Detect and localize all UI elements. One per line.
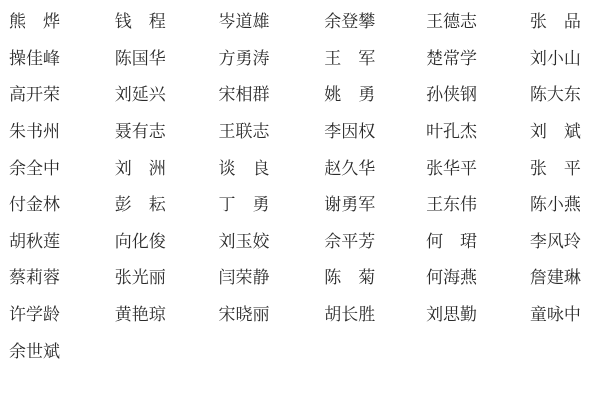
name-row: 朱书州 聂有志 王联志 李因权 叶孔杰 刘 斌	[9, 114, 598, 151]
name-cell: 陈 菊	[324, 268, 426, 288]
name-cell: 胡秋莲	[9, 232, 115, 252]
name-cell: 丁 勇	[219, 195, 325, 215]
name-row: 操佳峰 陈国华 方勇涛 王 军 楚常学 刘小山	[9, 41, 598, 78]
name-cell: 王 军	[324, 49, 426, 69]
name-cell: 聂有志	[115, 122, 219, 142]
name-cell: 余登攀	[324, 12, 426, 32]
name-cell: 谈 良	[219, 159, 325, 179]
name-cell: 陈小燕	[530, 195, 598, 215]
name-cell: 王联志	[219, 122, 325, 142]
name-cell: 张华平	[426, 159, 530, 179]
name-cell: 高开荣	[9, 85, 115, 105]
name-cell: 钱 程	[115, 12, 219, 32]
name-cell: 朱书州	[9, 122, 115, 142]
name-cell: 张光丽	[115, 268, 219, 288]
name-cell: 李风玲	[530, 232, 598, 252]
name-cell: 蔡莉蓉	[9, 268, 115, 288]
name-cell: 王东伟	[426, 195, 530, 215]
name-cell: 刘思勤	[426, 305, 530, 325]
name-row: 余全中 刘 洲 谈 良 赵久华 张华平 张 平	[9, 150, 598, 187]
name-cell: 刘 斌	[530, 122, 598, 142]
name-list-grid: 熊 烨 钱 程 岑道雄 余登攀 王德志 张 品 操佳峰 陈国华 方勇涛 王 军 …	[9, 4, 598, 370]
name-cell: 楚常学	[426, 49, 530, 69]
name-row: 余世斌	[9, 333, 598, 370]
name-cell: 彭 耘	[115, 195, 219, 215]
name-cell: 詹建琳	[530, 268, 598, 288]
name-row: 许学龄 黄艳琼 宋晓丽 胡长胜 刘思勤 童咏中	[9, 297, 598, 334]
name-row: 付金林 彭 耘 丁 勇 谢勇军 王东伟 陈小燕	[9, 187, 598, 224]
name-cell: 童咏中	[530, 305, 598, 325]
name-cell: 许学龄	[9, 305, 115, 325]
name-cell: 谢勇军	[324, 195, 426, 215]
name-cell: 宋相群	[219, 85, 325, 105]
name-row: 蔡莉蓉 张光丽 闫荣静 陈 菊 何海燕 詹建琳	[9, 260, 598, 297]
name-cell: 刘 洲	[115, 159, 219, 179]
name-cell: 向化俊	[115, 232, 219, 252]
name-cell: 佘平芳	[324, 232, 426, 252]
name-cell: 陈国华	[115, 49, 219, 69]
name-cell: 孙侠钢	[426, 85, 530, 105]
name-cell: 付金林	[9, 195, 115, 215]
name-cell: 余全中	[9, 159, 115, 179]
name-cell: 张 平	[530, 159, 598, 179]
name-cell: 叶孔杰	[426, 122, 530, 142]
name-cell: 黄艳琼	[115, 305, 219, 325]
name-cell: 方勇涛	[219, 49, 325, 69]
name-cell: 王德志	[426, 12, 530, 32]
name-cell: 刘延兴	[115, 85, 219, 105]
name-cell: 操佳峰	[9, 49, 115, 69]
name-cell: 岑道雄	[219, 12, 325, 32]
name-cell: 熊 烨	[9, 12, 115, 32]
name-cell: 李因权	[324, 122, 426, 142]
name-cell: 刘玉姣	[219, 232, 325, 252]
name-cell: 赵久华	[324, 159, 426, 179]
name-cell: 刘小山	[530, 49, 598, 69]
name-row: 熊 烨 钱 程 岑道雄 余登攀 王德志 张 品	[9, 4, 598, 41]
name-row: 胡秋莲 向化俊 刘玉姣 佘平芳 何 珺 李风玲	[9, 224, 598, 261]
name-cell: 闫荣静	[219, 268, 325, 288]
name-cell: 何 珺	[426, 232, 530, 252]
name-cell: 张 品	[530, 12, 598, 32]
name-cell: 姚 勇	[324, 85, 426, 105]
name-cell: 何海燕	[426, 268, 530, 288]
name-row: 高开荣 刘延兴 宋相群 姚 勇 孙侠钢 陈大东	[9, 77, 598, 114]
name-cell: 宋晓丽	[219, 305, 325, 325]
name-cell: 胡长胜	[324, 305, 426, 325]
name-cell: 陈大东	[530, 85, 598, 105]
name-cell: 余世斌	[9, 342, 115, 362]
